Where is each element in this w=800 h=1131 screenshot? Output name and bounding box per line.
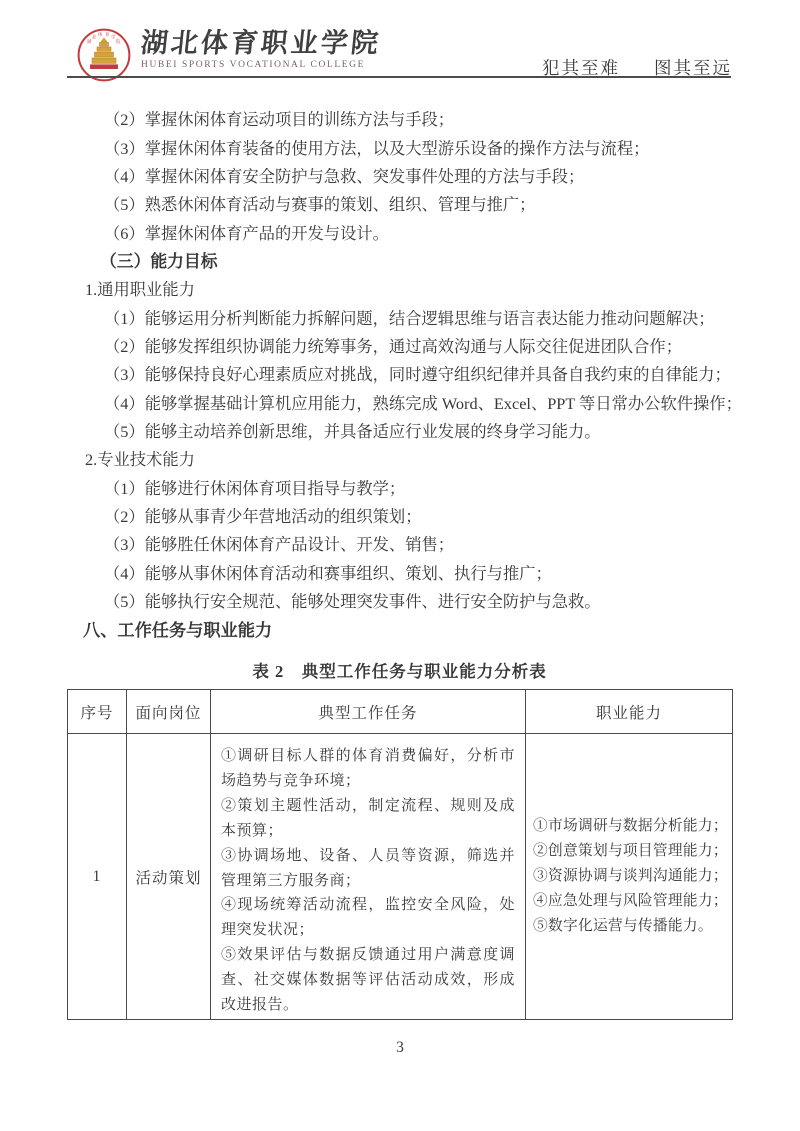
text-line-content: （1）能够运用分析判断能力拆解问题，结合逻辑思维与语言表达能力推动问题解决； [104,305,715,329]
page-number: 3 [0,1039,800,1057]
motto-left: 犯其至难 [542,58,620,78]
text-line-content: （3）能够保持良好心理素质应对挑战，同时遵守组织纪律并具备自我约束的自律能力； [104,361,731,385]
text-line-content: 1.通用职业能力 [85,276,195,300]
text-line-content: （三）能力目标 [100,248,217,272]
cell-target-post: 活动策划 [127,734,211,1020]
text-line: 2.专业技术能力 [67,444,732,472]
cell-typical-tasks: ①调研目标人群的体育消费偏好，分析市场趋势与竞争环境； ②策划主题性活动，制定流… [211,734,526,1020]
table-caption: 表 2 典型工作任务与职业能力分析表 [67,658,732,682]
text-line-content: （2）能够从事青少年营地活动的组织策划； [104,503,422,527]
svg-text:体: 体 [98,31,103,38]
task-ability-table: 序号 面向岗位 典型工作任务 职业能力 1 活动策划 ①调研目标人群的体育消费偏… [67,689,733,1020]
text-line: （5）能够执行安全规范、能够处理突发事件、进行安全防护与急救。 [67,586,732,614]
text-line-content: （3）掌握休闲体育装备的使用方法，以及大型游乐设备的操作方法与流程； [104,135,649,159]
table-header-cell: 典型工作任务 [211,690,526,734]
motto-right: 图其至远 [654,58,732,78]
text-line: （3）掌握休闲体育装备的使用方法，以及大型游乐设备的操作方法与流程； [67,132,732,160]
table-header-cell: 序号 [68,690,127,734]
table-header-cell: 职业能力 [526,690,733,734]
text-line-content: （3）能够胜任休闲体育产品设计、开发、销售； [104,531,454,555]
ability-item: ①市场调研与数据分析能力； [533,814,730,839]
text-line-content: （2）掌握休闲体育运动项目的训练方法与手段； [104,106,454,130]
task-item: ③协调场地、设备、人员等资源，筛选并管理第三方服务商； [221,844,515,894]
text-line: （3）能够保持良好心理素质应对挑战，同时遵守组织纪律并具备自我约束的自律能力； [67,359,732,387]
text-line: （2）能够发挥组织协调能力统筹事务，通过高效沟通与人际交往促进团队合作； [67,331,732,359]
text-line: （4）能够从事休闲体育活动和赛事组织、策划、执行与推广； [67,558,732,586]
cell-abilities: ①市场调研与数据分析能力； ②创意策划与项目管理能力； ③资源协调与谈判沟通能力… [526,734,733,1020]
table-row: 1 活动策划 ①调研目标人群的体育消费偏好，分析市场趋势与竞争环境； ②策划主题… [68,734,733,1020]
text-line: （6）掌握休闲体育产品的开发与设计。 [67,217,732,245]
document-body: （2）掌握休闲体育运动项目的训练方法与手段； （3）掌握休闲体育装备的使用方法，… [67,104,732,643]
text-line-content: （6）掌握休闲体育产品的开发与设计。 [104,220,389,244]
college-name-block: 湖北体育职业学院 HUBEI SPORTS VOCATIONAL COLLEGE [141,28,381,70]
page-header: 湖北 体育 学院 湖北体育职业学院 HUBEI SPORTS VOCATIONA… [67,26,732,76]
text-line: 1.通用职业能力 [67,274,732,302]
text-line-content: （4）掌握休闲体育安全防护与急救、突发事件处理的方法与手段； [104,163,584,187]
text-line: （4）能够掌握基础计算机应用能力，熟练完成 Word、Excel、PPT 等日常… [67,387,732,415]
table-header-cell: 面向岗位 [127,690,211,734]
task-item: ①调研目标人群的体育消费偏好，分析市场趋势与竞争环境； [221,744,515,794]
text-line-content: 八、工作任务与职业能力 [83,616,272,641]
college-name-cn: 湖北体育职业学院 [139,28,382,58]
cell-serial-number: 1 [68,734,127,1020]
text-line: （3）能够胜任休闲体育产品设计、开发、销售； [67,529,732,557]
text-line: （4）掌握休闲体育安全防护与急救、突发事件处理的方法与手段； [67,161,732,189]
task-item: ④现场统筹活动流程，监控安全风险，处理突发状况； [221,893,515,943]
text-line-content: （4）能够从事休闲体育活动和赛事组织、策划、执行与推广； [104,560,552,584]
college-name-en: HUBEI SPORTS VOCATIONAL COLLEGE [141,60,381,70]
text-line-content: 2.专业技术能力 [85,446,195,470]
svg-text:院: 院 [116,38,121,45]
ability-item: ④应急处理与风险管理能力； [533,889,730,914]
svg-text:育: 育 [105,31,110,38]
text-line-content: （1）能够进行休闲体育项目指导与教学； [104,475,405,499]
task-item: ⑤效果评估与数据反馈通过用户满意度调查、社交媒体数据等评估活动成效，形成改进报告… [221,943,515,1018]
text-line-content: （4）能够掌握基础计算机应用能力，熟练完成 Word、Excel、PPT 等日常… [104,390,742,414]
text-line: （5）熟悉休闲体育活动与赛事的策划、组织、管理与推广； [67,189,732,217]
text-line: 八、工作任务与职业能力 [67,614,732,642]
text-line-content: （2）能够发挥组织协调能力统筹事务，通过高效沟通与人际交往促进团队合作； [104,333,682,357]
text-line: （1）能够进行休闲体育项目指导与教学； [67,472,732,500]
text-line-content: （5）能够执行安全规范、能够处理突发事件、进行安全防护与急救。 [104,588,601,612]
table-header-row: 序号 面向岗位 典型工作任务 职业能力 [68,690,733,734]
text-line: （1）能够运用分析判断能力拆解问题，结合逻辑思维与语言表达能力推动问题解决； [67,302,732,330]
ability-item: ⑤数字化运营与传播能力。 [533,914,730,939]
ability-item: ②创意策划与项目管理能力； [533,839,730,864]
task-item: ②策划主题性活动，制定流程、规则及成本预算； [221,794,515,844]
ability-item: ③资源协调与谈判沟通能力； [533,864,730,889]
svg-text:北: 北 [92,34,97,41]
college-seal-icon: 湖北 体育 学院 [77,28,131,82]
text-line-content: （5）能够主动培养创新思维，并具备适应行业发展的终身学习能力。 [104,418,601,442]
text-line: （5）能够主动培养创新思维，并具备适应行业发展的终身学习能力。 [67,416,732,444]
text-line-content: （5）熟悉休闲体育活动与赛事的策划、组织、管理与推广； [104,191,535,215]
text-line: （2）掌握休闲体育运动项目的训练方法与手段； [67,104,732,132]
document-page: 湖北 体育 学院 湖北体育职业学院 HUBEI SPORTS VOCATIONA… [0,0,800,1131]
text-line: （三）能力目标 [67,246,732,274]
header-divider [67,76,731,78]
text-line: （2）能够从事青少年营地活动的组织策划； [67,501,732,529]
